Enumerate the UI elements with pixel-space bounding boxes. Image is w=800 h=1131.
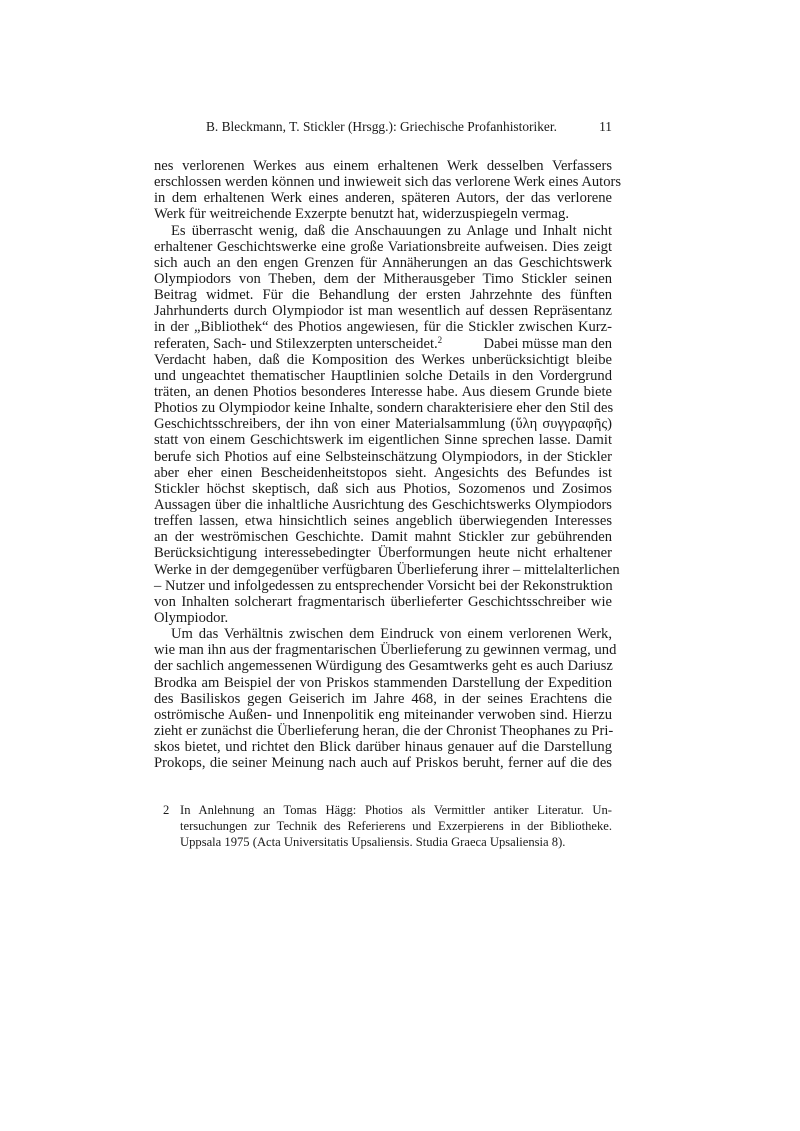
text-line: wie man ihn aus der fragmentarischen Übe…	[154, 642, 612, 658]
text-line: träten, an denen Photios besonderes Inte…	[154, 384, 612, 400]
footnote-line: tersuchungen zur Technik des Referierens…	[180, 819, 612, 835]
text-line: Jahrhunderts durch Olympiodor ist man we…	[154, 303, 612, 319]
text-line-with-footnote: referaten, Sach- und Stilexzerpten unter…	[154, 336, 612, 352]
footnote-line: Uppsala 1975 (Acta Universitatis Upsalie…	[180, 835, 612, 851]
footnote-line: In Anlehnung an Tomas Hägg: Photios als …	[180, 803, 612, 819]
text-line: in dem erhaltenen Werk eines anderen, sp…	[154, 190, 612, 206]
text-line: Um das Verhältnis zwischen dem Eindruck …	[154, 626, 612, 642]
text-line: statt von einem Geschichtswerk im eigent…	[154, 432, 612, 448]
footnote-2: 2 In Anlehnung an Tomas Hägg: Photios al…	[154, 803, 612, 850]
text-line: an der weströmischen Geschichte. Damit m…	[154, 529, 612, 545]
text-line: Verdacht haben, daß die Komposition des …	[154, 352, 612, 368]
text-line: Werke in der demgegenüber verfügbaren Üb…	[154, 562, 612, 578]
page-number: 11	[599, 119, 612, 135]
paragraph-3: Um das Verhältnis zwischen dem Eindruck …	[154, 626, 612, 771]
text-line: zieht er zunächst die Überlieferung hera…	[154, 723, 612, 739]
text-line: Stickler höchst skeptisch, daß sich aus …	[154, 481, 612, 497]
text-line: berufe sich Photios auf eine Selbsteinsc…	[154, 449, 612, 465]
paragraph-2: Es überrascht wenig, daß die Anschauunge…	[154, 223, 612, 627]
text-line: in der „Bibliothek“ des Photios angewies…	[154, 319, 612, 335]
text-line: erhaltener Geschichtswerke eine große Va…	[154, 239, 612, 255]
text-line: erschlossen werden können und inwieweit …	[154, 174, 612, 190]
paragraph-1: nes verlorenen Werkes aus einem erhalten…	[154, 158, 612, 223]
text-line: treffen lassen, etwa hinsichtlich seines…	[154, 513, 612, 529]
footnote-ref[interactable]: 2	[438, 335, 443, 345]
footnotes: 2 In Anlehnung an Tomas Hägg: Photios al…	[154, 803, 612, 850]
text-line: Prokops, die seiner Meinung nach auch au…	[154, 755, 612, 771]
text-line: oströmische Außen- und Innenpolitik eng …	[154, 707, 612, 723]
text-line: Berücksichtigung interessebedingter Über…	[154, 545, 612, 561]
text-line: Aussagen über die inhaltliche Ausrichtun…	[154, 497, 612, 513]
text-line: skos bietet, und richtet den Blick darüb…	[154, 739, 612, 755]
text-line: Werk für weitreichende Exzerpte benutzt …	[154, 206, 612, 222]
text-line: Beitrag widmet. Für die Behandlung der e…	[154, 287, 612, 303]
footnote-number: 2	[163, 803, 169, 818]
text-segment: Dabei müsse man den	[480, 336, 612, 352]
text-line: aber eher einen Bescheidenheitstopos sie…	[154, 465, 612, 481]
text-line: nes verlorenen Werkes aus einem erhalten…	[154, 158, 612, 174]
text-line: Photios zu Olympiodor keine Inhalte, son…	[154, 400, 612, 416]
running-title: B. Bleckmann, T. Stickler (Hrsgg.): Grie…	[206, 119, 557, 135]
text-line: von Inhalten solcherart fragmentarisch ü…	[154, 594, 612, 610]
text-line: Olympiodors von Theben, dem der Mitherau…	[154, 271, 612, 287]
running-header: B. Bleckmann, T. Stickler (Hrsgg.): Grie…	[154, 119, 612, 137]
body-text: nes verlorenen Werkes aus einem erhalten…	[154, 158, 612, 771]
text-line: Brodka am Beispiel der von Priskos stamm…	[154, 675, 612, 691]
text-line: sich auch an den engen Grenzen für Annäh…	[154, 255, 612, 271]
text-line: Olympiodor.	[154, 610, 612, 626]
text-segment: referaten, Sach- und Stilexzerpten unter…	[154, 336, 442, 352]
text-line: der sachlich angemessenen Würdigung des …	[154, 658, 612, 674]
text-line: – Nutzer und infolgedessen zu entspreche…	[154, 578, 612, 594]
text-line: Es überrascht wenig, daß die Anschauunge…	[154, 223, 612, 239]
text-line: Geschichtsschreibers, der ihn von einer …	[154, 416, 612, 432]
text-line: und ungeachtet thematischer Hauptlinien …	[154, 368, 612, 384]
text-line: des Basiliskos gegen Geiserich im Jahre …	[154, 691, 612, 707]
